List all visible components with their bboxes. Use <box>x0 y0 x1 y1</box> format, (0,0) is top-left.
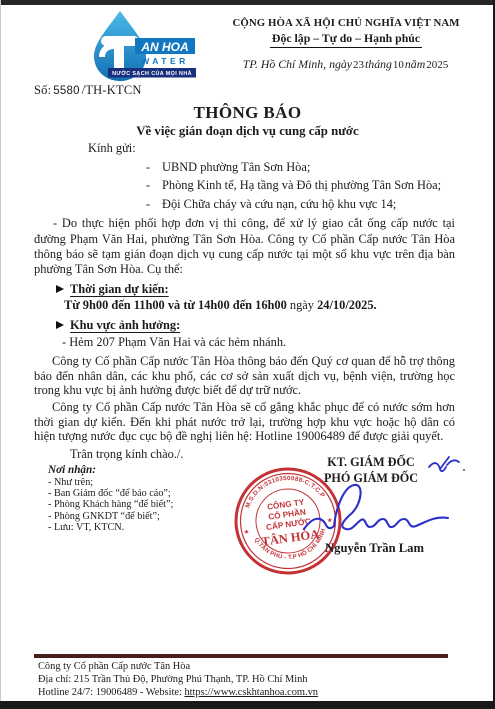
bullet-dash: - <box>146 158 162 176</box>
copy-to-block: Nơi nhận: - Như trên; - Ban Giám đốc “để… <box>48 464 173 533</box>
document-subtitle: Về việc gián đoạn dịch vụ cung cấp nước <box>0 124 495 139</box>
effort-paragraph: Công ty Cổ phần Cấp nước Tân Hòa sẽ cố g… <box>34 400 455 444</box>
logo-brand-text: AN HOA <box>140 40 188 54</box>
footer-block: Công ty Cổ phần Cấp nước Tân Hòa Địa chỉ… <box>38 660 318 700</box>
recipient-text: Phòng Kinh tế, Hạ tầng và Đô thị phường … <box>162 176 441 194</box>
copy-to-item: - Lưu: VT, KTCN. <box>48 522 173 533</box>
date-place: TP. Hồ Chí Minh, ngày <box>243 57 352 71</box>
water-drop-logo-icon: AN HOA WATER NƯỚC SẠCH CỦA MỌI NHÀ <box>86 9 198 87</box>
date-year: 2025 <box>426 59 448 71</box>
signer-title-kt: KT. GIÁM ĐỐC <box>296 455 446 471</box>
bottom-border <box>0 701 495 709</box>
director-signature <box>298 477 456 549</box>
signer-titles: KT. GIÁM ĐỐC PHÓ GIÁM ĐỐC <box>296 455 446 486</box>
footer-website-link[interactable]: https://www.cskhtanhoa.com.vn <box>184 687 318 698</box>
salutation: Kính gửi: <box>88 141 455 156</box>
recipient-text: Đội Chữa cháy và cứu nạn, cứu hộ khu vực… <box>162 195 396 213</box>
date-month-label: tháng <box>365 57 392 71</box>
copy-to-heading: Nơi nhận: <box>48 464 173 476</box>
logo-water-text: WATER <box>141 56 189 66</box>
time-date: 24/10/2025. <box>317 298 377 312</box>
national-motto-line1: CỘNG HÒA XÃ HỘI CHỦ NGHĨA VIỆT NAM <box>232 17 460 29</box>
national-header: CỘNG HÒA XÃ HỘI CHỦ NGHĨA VIỆT NAM Độc l… <box>232 17 460 72</box>
time-mid-text: ngày <box>287 298 317 312</box>
intro-paragraph: - Do thực hiện phối hợp đơn vị thi công,… <box>34 216 455 278</box>
recipient-text: UBND phường Tân Sơn Hòa; <box>162 158 310 176</box>
footer-company: Công ty Cổ phần Cấp nước Tân Hòa <box>38 660 318 673</box>
recipient-list: -UBND phường Tân Sơn Hòa; -Phòng Kinh tế… <box>146 158 455 213</box>
copy-to-item: - Phòng Khách hàng “để biết”; <box>48 499 173 510</box>
company-logo: AN HOA WATER NƯỚC SẠCH CỦA MỌI NHÀ <box>86 9 198 87</box>
bullet-dash: - <box>146 195 162 213</box>
copy-to-item: - Như trên; <box>48 477 173 488</box>
recipient-item: -Đội Chữa cháy và cứu nạn, cứu hộ khu vự… <box>146 195 455 213</box>
date-day: 23 <box>353 59 364 71</box>
document-number-suffix: /TH-KTCN <box>82 83 142 97</box>
date-month: 10 <box>393 59 404 71</box>
announcement-document: AN HOA WATER NƯỚC SẠCH CỦA MỌI NHÀ Số:55… <box>0 0 495 709</box>
document-body: Kính gửi: -UBND phường Tân Sơn Hòa; -Phò… <box>34 141 455 462</box>
time-range: Từ 9h00 đến 11h00 và từ 14h00 đến 16h00 <box>64 298 287 312</box>
recipient-item: -Phòng Kinh tế, Hạ tầng và Đô thị phường… <box>146 176 455 194</box>
footer-hotline-line: Hotline 24/7: 19006489 - Website: https:… <box>38 686 318 699</box>
area-heading-row: Khu vực ảnh hưởng: <box>56 317 455 334</box>
footer-divider <box>34 654 448 658</box>
recipient-item: -UBND phường Tân Sơn Hòa; <box>146 158 455 176</box>
approval-tick-icon <box>426 452 468 480</box>
time-detail-line: Từ 9h00 đến 11h00 và từ 14h00 đến 16h00 … <box>64 297 455 314</box>
notify-paragraph: Công ty Cổ phần Cấp nước Tân Hòa thông b… <box>34 354 455 398</box>
place-date-line: TP. Hồ Chí Minh, ngày23tháng10năm2025 <box>232 57 460 72</box>
top-border <box>0 0 495 5</box>
national-motto-line2: Độc lập – Tự do – Hạnh phúc <box>270 31 422 48</box>
stamp-star-left: ★ <box>243 527 250 536</box>
signer-title-pho: PHÓ GIÁM ĐỐC <box>296 471 446 487</box>
bullet-dash: - <box>146 176 162 194</box>
document-number: Số:5580/TH-KTCN <box>34 83 142 98</box>
footer-address: Địa chỉ: 215 Trần Thủ Độ, Phường Phú Thạ… <box>38 673 318 686</box>
footer-hotline: Hotline 24/7: 19006489 - Website: <box>38 687 184 698</box>
area-heading: Khu vực ảnh hưởng: <box>70 318 180 332</box>
title-block: THÔNG BÁO Về việc gián đoạn dịch vụ cung… <box>0 103 495 139</box>
time-heading-row: Thời gian dự kiến: <box>56 281 455 298</box>
time-heading: Thời gian dự kiến: <box>70 282 169 296</box>
logo-tagline-text: NƯỚC SẠCH CỦA MỌI NHÀ <box>112 69 192 77</box>
affected-area-item: - Hẻm 207 Phạm Văn Hai và các hẻm nhánh. <box>62 334 455 352</box>
document-number-label: Số: <box>34 83 51 97</box>
date-year-label: năm <box>405 57 425 71</box>
copy-to-item: - Ban Giám đốc “để báo cáo”; <box>48 488 173 499</box>
arrow-bullet-icon <box>56 285 64 293</box>
document-number-value: 5580 <box>53 85 79 97</box>
document-title: THÔNG BÁO <box>0 103 495 123</box>
signer-name: Nguyễn Trần Lam <box>292 541 457 556</box>
arrow-bullet-icon <box>56 321 64 329</box>
copy-to-item: - Phòng GNKDT “để biết”; <box>48 511 173 522</box>
